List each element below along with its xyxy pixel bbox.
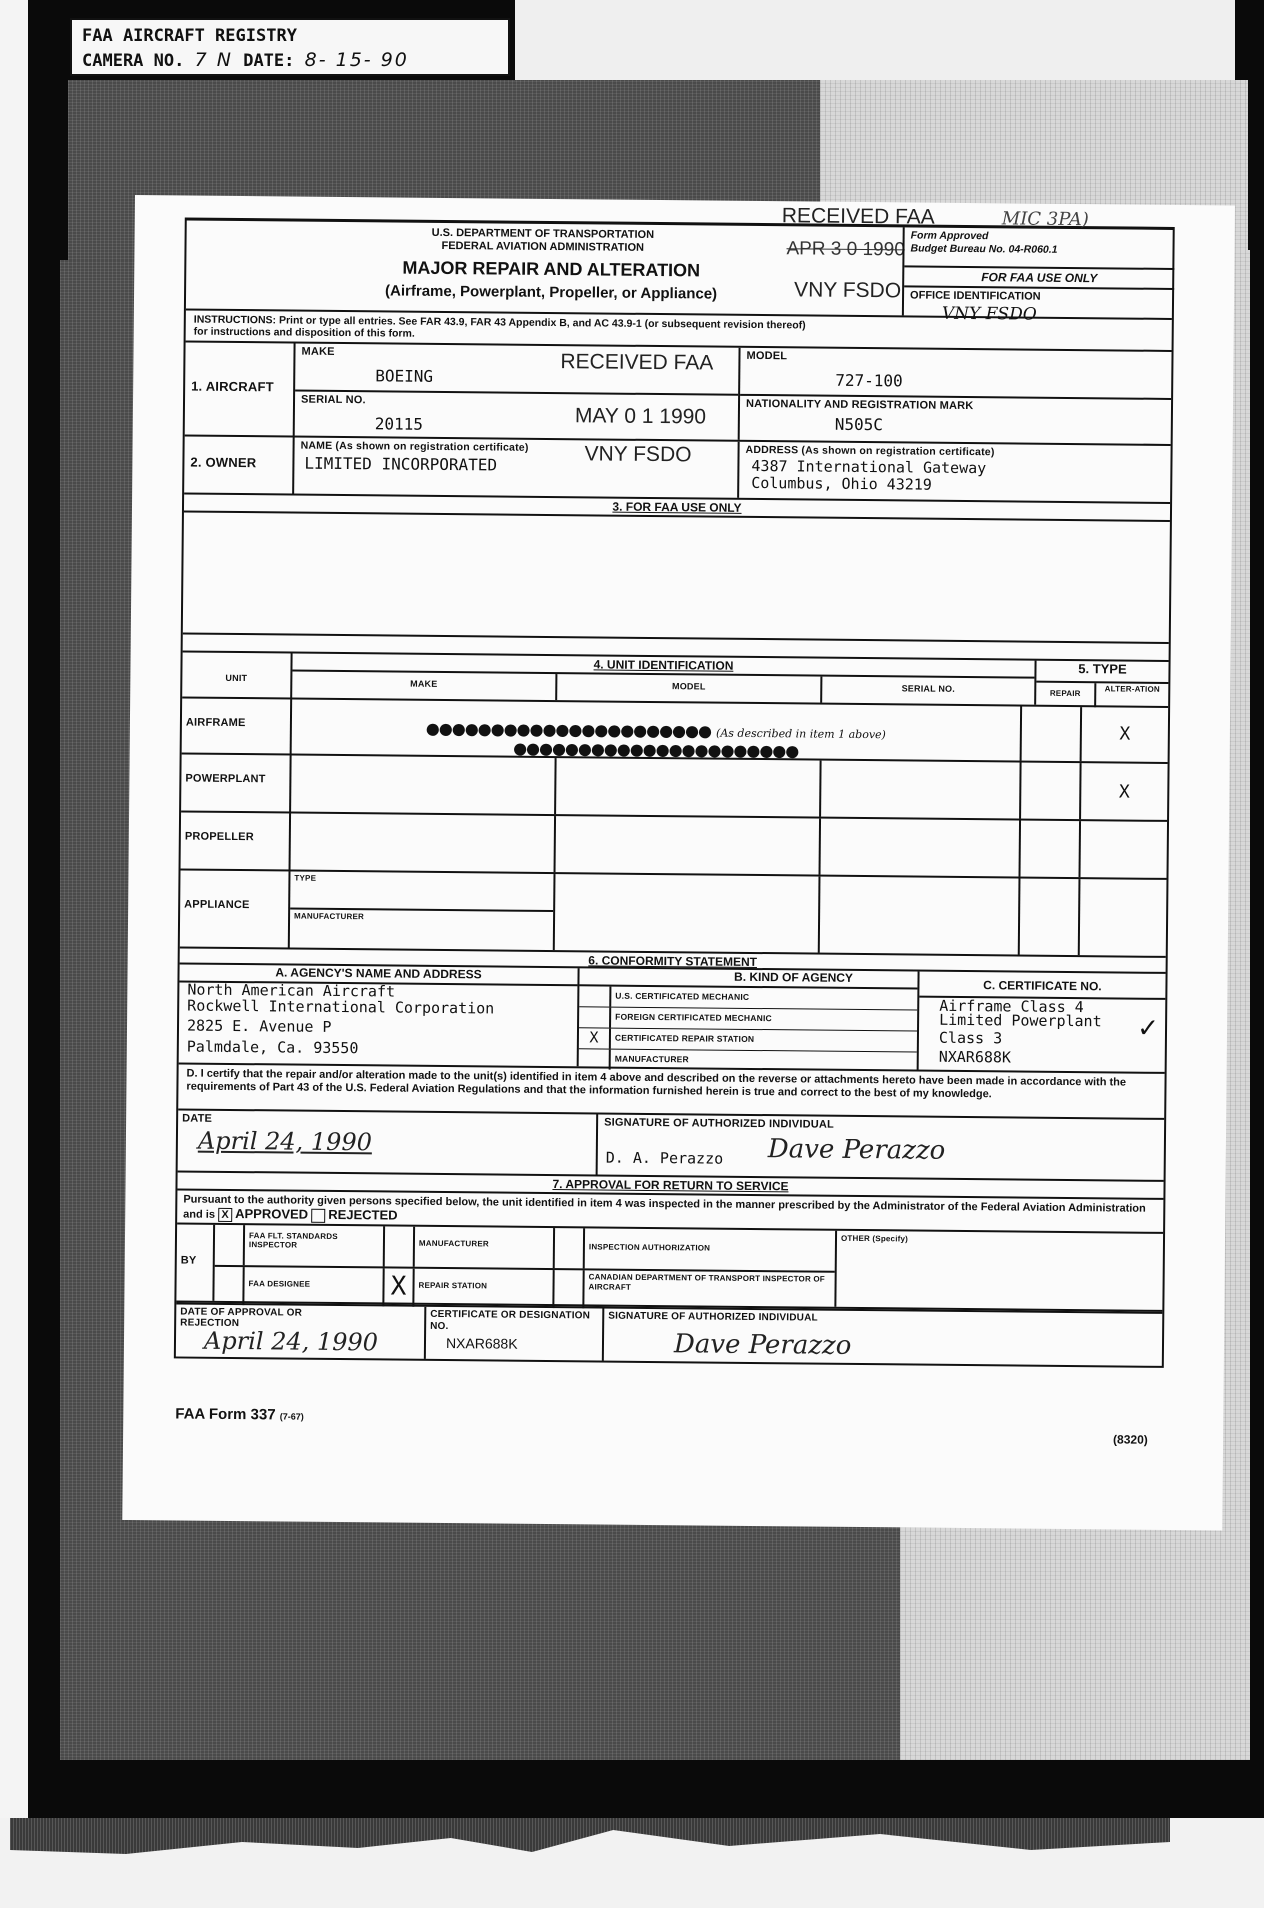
faa-use-only-label: FOR FAA USE ONLY [904,267,1174,290]
type-heading-group: 5. TYPE REPAIR ALTER-ATION [1036,661,1168,706]
nationality-field: NATIONALITY AND REGISTRATION MARK N505C [740,396,1171,446]
form-header: U.S. DEPARTMENT OF TRANSPORTATION FEDERA… [186,220,1173,317]
form-number: FAA Form 337 (7-67) [175,1405,304,1423]
aircraft-right: MODEL 727-100 NATIONALITY AND REGISTRATI… [740,348,1172,444]
unit-row-appliance: APPLIANCE TYPE MANUFACTURER [180,870,1167,957]
aircraft-label-cell: 1. AIRCRAFT [185,342,296,435]
agency-line-4: Palmdale, Ca. 93550 [179,1036,577,1060]
owner-section: 2. OWNER NAME (As shown on registration … [184,436,1171,503]
type-heading: 5. TYPE [1036,661,1168,684]
other-specify-label: OTHER (Specify) [837,1231,1163,1249]
propeller-serial [821,819,1022,877]
type-subheader: REPAIR ALTER-ATION [1036,683,1168,708]
approval-cert-label: CERTIFICATE OR DESIGNATION NO. [426,1307,602,1337]
approval-date-cell: DATE OF APPROVAL OR REJECTION April 24, … [176,1304,426,1358]
serial-value: 20115 [375,414,423,433]
registry-camera-line: CAMERA NO. 7 N DATE: 8- 15- 90 [82,48,498,73]
option-manufacturer: MANUFACTURER [415,1227,555,1268]
airframe-dots-left: ●●●●●●●●●●●●●●●●●●●●●● [426,719,711,741]
certificate-cell: C. CERTIFICATE NO. Airframe Class 4 Limi… [919,972,1166,1072]
kind-check-3: X [579,1028,611,1048]
owner-address-line2: Columbus, Ohio 43219 [739,475,1170,496]
checkmark-icon: ✓ [1137,1014,1159,1044]
powerplant-model [556,758,822,817]
col-repair: REPAIR [1036,683,1096,708]
appliance-alteration [1080,879,1167,956]
powerplant-make [291,756,557,815]
nationality-label: NATIONALITY AND REGISTRATION MARK [740,396,1171,416]
approval-cert-cell: CERTIFICATE OR DESIGNATION NO. NXAR688K [426,1307,604,1361]
unit-row-propeller: PROPELLER [181,812,1168,879]
received-stamp-date-2: MAY 0 1 1990 [575,404,706,429]
kind-check-4 [579,1049,611,1069]
camera-label: CAMERA NO. [82,51,184,71]
form-title: MAJOR REPAIR AND ALTERATION (Airframe, P… [311,256,791,307]
received-stamp-office-2: VNY FSDO [584,442,691,467]
faa-form-337: U.S. DEPARTMENT OF TRANSPORTATION FEDERA… [174,217,1175,1367]
owner-name-field: NAME (As shown on registration certifica… [294,438,740,498]
approved-label: APPROVED [235,1206,308,1222]
powerplant-repair [1021,763,1082,820]
kind-check-1 [579,986,611,1006]
form-paper: U.S. DEPARTMENT OF TRANSPORTATION FEDERA… [122,195,1235,1530]
certify-sign-row: DATE April 24, 1990 SIGNATURE OF AUTHORI… [178,1110,1165,1181]
faa-use-area [183,512,1170,643]
option-check-flt-standards[interactable] [215,1225,245,1265]
registry-date: 8- 15- 90 [305,49,409,71]
option-canadian: CANADIAN DEPARTMENT OF TRANSPORT INSPECT… [584,1270,834,1310]
airframe-alteration: X [1082,707,1169,762]
approval-signature-cell: SIGNATURE OF AUTHORIZED INDIVIDUAL Dave … [604,1309,1162,1366]
option-repair-station: REPAIR STATION [414,1269,554,1308]
owner-label-cell: 2. OWNER [184,436,295,493]
propeller-repair [1020,821,1081,878]
col-unit: UNIT [182,652,292,697]
powerplant-serial [821,761,1022,819]
conformity-row: A. AGENCY'S NAME AND ADDRESS North Ameri… [179,964,1166,1073]
airframe-described-text: (As described in item 1 above) [716,727,886,742]
make-value: BOEING [375,366,433,386]
by-label: BY [176,1224,215,1300]
approval-by-grid: BY FAA FLT. STANDARDS INSPECTOR MANUFACT… [176,1222,1163,1311]
camera-no: 7 N [195,49,233,71]
certify-signature: Dave Perazzo [768,1134,946,1166]
owner-address-field: ADDRESS (As shown on registration certif… [739,442,1171,502]
date-label: DATE: [243,51,294,71]
registry-title: FAA AIRCRAFT REGISTRY [82,24,498,48]
form-code: (8320) [1113,1432,1148,1446]
received-stamp-2: RECEIVED FAA [560,350,713,375]
col-serial: SERIAL NO. [822,677,1034,705]
budget-bureau-no: Budget Bureau No. 04-R060.1 [910,242,1168,257]
received-stamp-office: VNY FSDO [794,278,901,303]
option-check-repair-station[interactable]: X [384,1268,414,1306]
certificate-line-3: Class 3 [919,1028,1165,1050]
approval-signature-label: SIGNATURE OF AUTHORIZED INDIVIDUAL [604,1309,1162,1329]
aircraft-left: MAKE BOEING RECEIVED FAA SERIAL NO. 2011… [295,344,741,440]
option-check-manufacturer[interactable] [385,1226,415,1266]
form-number-label: FAA Form 337 [175,1405,275,1423]
approval-signature: Dave Perazzo [674,1329,852,1361]
certify-signer-name: D. A. Perazzo [606,1149,724,1168]
nationality-value: N505C [835,415,883,434]
approval-cert-value: NXAR688K [426,1335,602,1353]
option-inspection-auth: INSPECTION AUTHORIZATION [585,1228,835,1270]
certificate-line-4: NXAR688K [919,1048,1165,1068]
form-revision: (7-67) [280,1411,304,1421]
make-field: MAKE BOEING RECEIVED FAA [295,344,738,396]
kind-label-3: CERTIFICATED REPAIR STATION [611,1029,759,1050]
agency-cell: A. AGENCY'S NAME AND ADDRESS North Ameri… [179,964,580,1066]
owner-section-label: 2. OWNER [190,455,256,471]
dept-line2: FEDERAL AVIATION ADMINISTRATION [431,240,654,255]
option-check-inspection-auth[interactable] [555,1228,585,1268]
option-check-designee[interactable] [214,1267,244,1305]
unit-row-airframe: AIRFRAME ●●●●●●●●●●●●●●●●●●●●●● (As desc… [182,698,1168,763]
approved-checkbox[interactable]: X [218,1208,232,1222]
by-options-row-2: FAA DESIGNEE X REPAIR STATION CANADIAN D… [214,1267,834,1311]
propeller-make [291,814,557,873]
unit-appliance-label: APPLIANCE [180,870,291,947]
title-sub: (Airframe, Powerplant, Propeller, or App… [311,279,791,307]
col-make: MAKE [292,672,557,701]
option-designee: FAA DESIGNEE [244,1267,384,1306]
certify-date-cell: DATE April 24, 1990 [178,1110,599,1174]
airframe-repair [1022,707,1083,762]
appliance-type-mfr: TYPE MANUFACTURER [290,872,556,951]
powerplant-alteration: X [1081,763,1168,820]
unit-propeller-label: PROPELLER [181,812,292,869]
by-options: FAA FLT. STANDARDS INSPECTOR MANUFACTURE… [214,1225,837,1307]
appliance-manufacturer-label: MANUFACTURER [290,910,553,926]
unit-identification: UNIT 4. UNIT IDENTIFICATION MAKE MODEL S… [180,652,1169,957]
appliance-repair [1020,879,1081,956]
model-value: 727-100 [835,371,903,391]
appliance-model [555,874,821,953]
kind-label-1: U.S. CERTIFICATED MECHANIC [611,987,753,1008]
handwritten-note: MIC 3PA) [1002,208,1089,230]
certify-date-value: April 24, 1990 [178,1126,596,1158]
aircraft-section: 1. AIRCRAFT MAKE BOEING RECEIVED FAA SER… [185,342,1172,445]
aircraft-section-label: 1. AIRCRAFT [191,379,274,395]
certify-signature-cell: SIGNATURE OF AUTHORIZED INDIVIDUAL D. A.… [598,1114,1165,1179]
approval-sign-row: DATE OF APPROVAL OR REJECTION April 24, … [176,1302,1162,1365]
kind-option-4: MANUFACTURER [579,1049,917,1072]
form-approved-box: Form Approved Budget Bureau No. 04-R060.… [902,227,1175,318]
model-field: MODEL 727-100 [740,348,1171,400]
appliance-type-label: TYPE [290,872,553,913]
col-alteration: ALTER-ATION [1096,683,1168,708]
unit-heading-group: 4. UNIT IDENTIFICATION MAKE MODEL SERIAL… [292,654,1036,705]
unit-powerplant-label: POWERPLANT [181,754,292,811]
appliance-serial [820,877,1021,955]
model-label: MODEL [740,348,1171,368]
unit-airframe-label: AIRFRAME [182,698,293,753]
col-model: MODEL [557,674,822,703]
kind-label-4: MANUFACTURER [611,1050,693,1071]
by-options-row-1: FAA FLT. STANDARDS INSPECTOR MANUFACTURE… [215,1225,835,1273]
office-identification-value: VNY FSDO [904,303,1174,326]
registry-label: FAA AIRCRAFT REGISTRY CAMERA NO. 7 N DAT… [70,18,510,76]
propeller-model [556,816,822,875]
kind-check-2 [579,1007,611,1027]
rejected-checkbox[interactable] [311,1209,325,1223]
department-heading: U.S. DEPARTMENT OF TRANSPORTATION FEDERA… [431,227,654,255]
propeller-alteration [1080,821,1167,878]
approval-date-value: April 24, 1990 [204,1327,378,1357]
serial-field: SERIAL NO. 20115 MAY 0 1 1990 [295,392,738,442]
scan-grain-bottom-right [900,1510,1250,1760]
airframe-described: ●●●●●●●●●●●●●●●●●●●●●● (As described in … [292,700,1022,761]
scan-top-paper [515,0,1235,80]
form-approved: Form Approved Budget Bureau No. 04-R060.… [904,227,1174,270]
received-stamp-date: APR 3 0 1990 [786,238,905,261]
received-stamp: RECEIVED FAA [782,204,935,229]
unit-row-powerplant: POWERPLANT X [181,754,1168,821]
option-flt-standards: FAA FLT. STANDARDS INSPECTOR [245,1225,385,1266]
kind-label-2: FOREIGN CERTIFICATED MECHANIC [611,1008,776,1030]
kind-of-agency-cell: B. KIND OF AGENCY U.S. CERTIFICATED MECH… [579,968,920,1069]
other-specify-cell: OTHER (Specify) [836,1231,1163,1310]
rejected-label: REJECTED [328,1207,398,1223]
option-check-canadian[interactable] [554,1270,584,1308]
